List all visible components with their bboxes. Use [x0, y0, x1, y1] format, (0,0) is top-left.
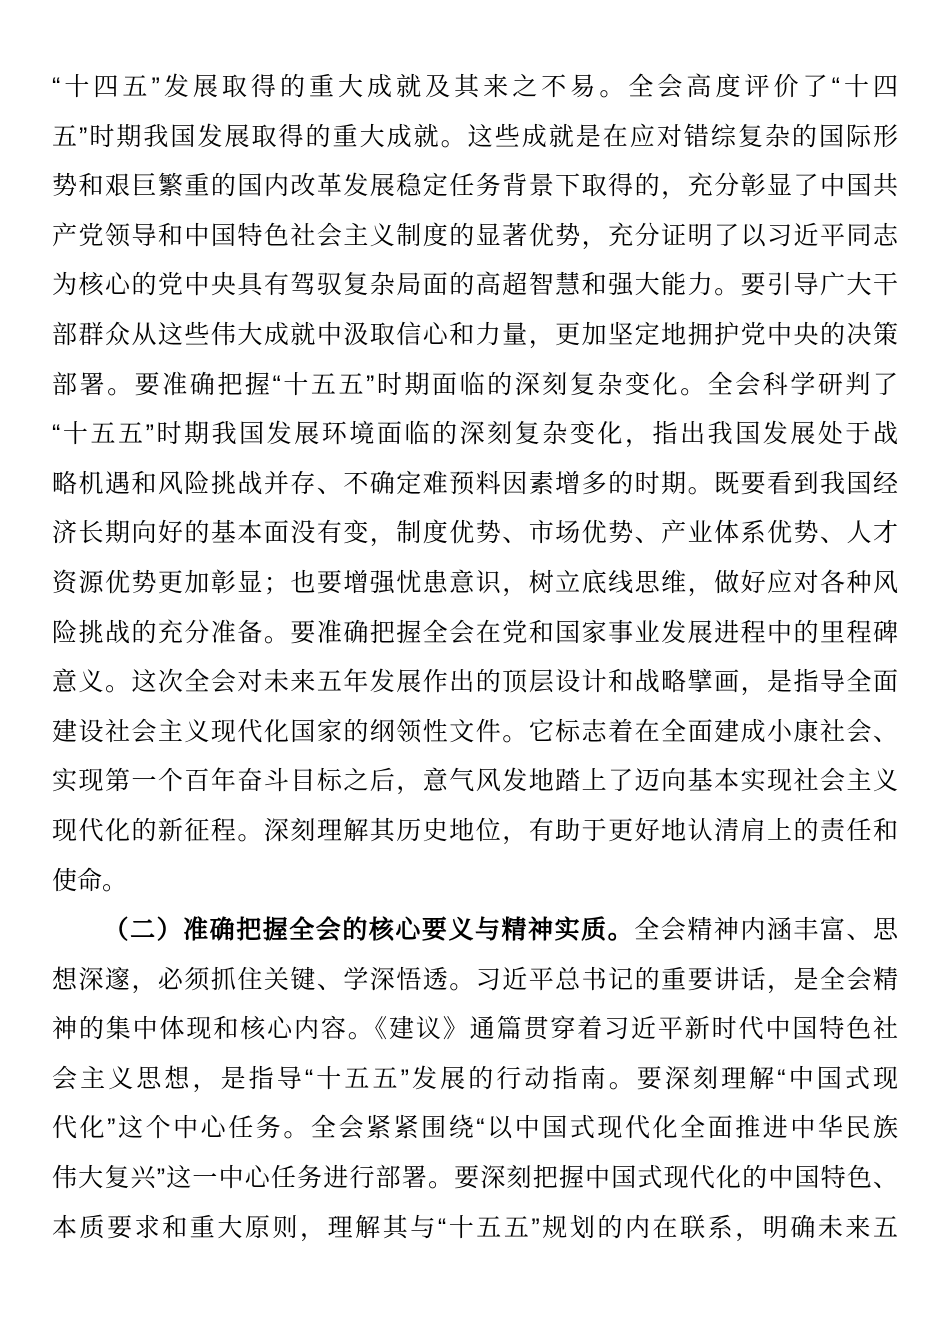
- heading-line-rest: 全会精神内涵丰富、思: [634, 916, 898, 944]
- document-page: “十四五”发展取得的重大成就及其来之不易。全会高度评价了“十四 五”时期我国发展…: [0, 0, 950, 1344]
- text-line: 意义。这次全会对未来五年发展作出的顶层设计和战略擘画，是指导全面: [52, 658, 898, 708]
- text-line: 部群众从这些伟大成就中汲取信心和力量，更加坚定地拥护党中央的决策: [52, 311, 898, 361]
- text-line: 本质要求和重大原则，理解其与“十五五”规划的内在联系，明确未来五: [52, 1204, 898, 1254]
- text-line: 会主义思想，是指导“十五五”发展的行动指南。要深刻理解“中国式现: [52, 1055, 898, 1105]
- text-line: 势和艰巨繁重的国内改革发展稳定任务背景下取得的，充分彰显了中国共: [52, 162, 898, 212]
- text-line: 伟大复兴”这一中心任务进行部署。要深刻把握中国式现代化的中国特色、: [52, 1154, 898, 1204]
- text-line: “十四五”发展取得的重大成就及其来之不易。全会高度评价了“十四: [52, 63, 898, 113]
- first-line-indent: [52, 937, 102, 938]
- text-line: 建设社会主义现代化国家的纲领性文件。它标志着在全面建成小康社会、: [52, 708, 898, 758]
- text-line: 实现第一个百年奋斗目标之后，意气风发地踏上了迈向基本实现社会主义: [52, 757, 898, 807]
- text-line: 为核心的党中央具有驾驭复杂局面的高超智慧和强大能力。要引导广大干: [52, 261, 898, 311]
- text-line: 想深邃，必须抓住关键、学深悟透。习近平总书记的重要讲话，是全会精: [52, 956, 898, 1006]
- text-line: “十五五”时期我国发展环境面临的深刻复杂变化，指出我国发展处于战: [52, 410, 898, 460]
- section-heading: （二）准确把握全会的核心要义与精神实质。: [102, 916, 634, 944]
- paragraph-1-last-line: 使命。: [52, 857, 898, 907]
- text-line: 神的集中体现和核心内容。《建议》通篇贯穿着习近平新时代中国特色社: [52, 1005, 898, 1055]
- text-line: 五”时期我国发展取得的重大成就。这些成就是在应对错综复杂的国际形: [52, 113, 898, 163]
- text-line: 产党领导和中国特色社会主义制度的显著优势，充分证明了以习近平同志: [52, 212, 898, 262]
- text-line: 现代化的新征程。深刻理解其历史地位，有助于更好地认清肩上的责任和: [52, 807, 898, 857]
- text-line: 略机遇和风险挑战并存、不确定难预料因素增多的时期。既要看到我国经: [52, 460, 898, 510]
- text-line: 部署。要准确把握“十五五”时期面临的深刻复杂变化。全会科学研判了: [52, 361, 898, 411]
- text-line: 济长期向好的基本面没有变，制度优势、市场优势、产业体系优势、人才: [52, 509, 898, 559]
- text-line: 险挑战的充分准备。要准确把握全会在党和国家事业发展进程中的里程碑: [52, 609, 898, 659]
- section-heading-line: （二）准确把握全会的核心要义与精神实质。全会精神内涵丰富、思: [52, 906, 898, 956]
- text-line: 代化”这个中心任务。全会紧紧围绕“以中国式现代化全面推进中华民族: [52, 1104, 898, 1154]
- text-line: 资源优势更加彰显；也要增强忧患意识，树立底线思维，做好应对各种风: [52, 559, 898, 609]
